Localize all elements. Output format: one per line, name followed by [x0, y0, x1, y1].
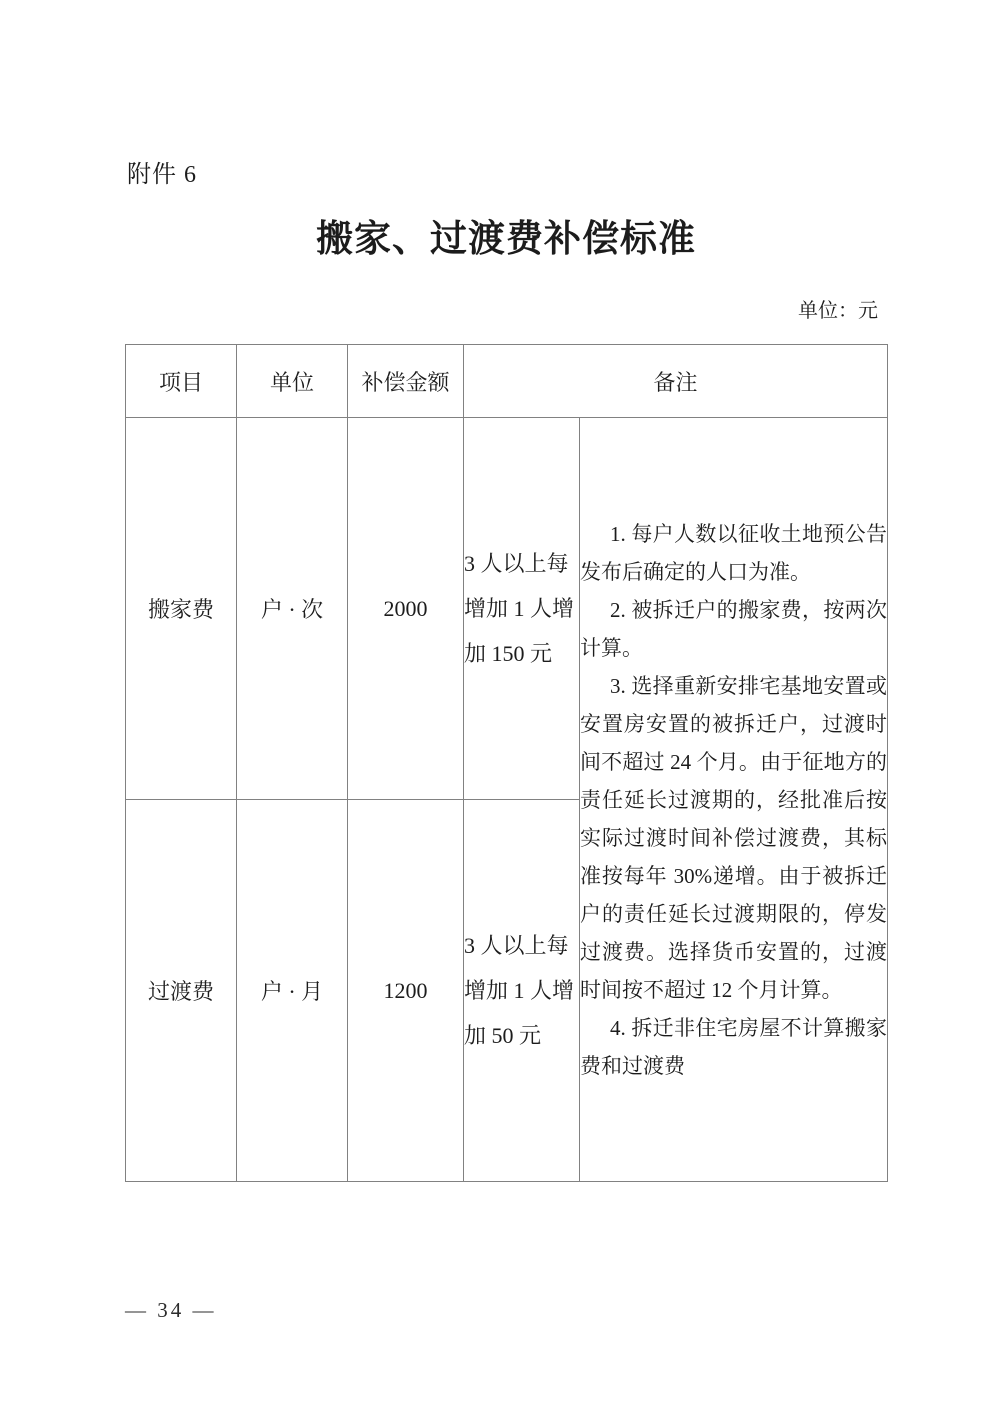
cell-unit-transition-fee: 户 · 月: [237, 800, 348, 1182]
remark-paragraph-1: 1. 每户人数以征收土地预公告发布后确定的人口为准。: [580, 515, 887, 591]
remarks-content: 1. 每户人数以征收土地预公告发布后确定的人口为准。 2. 被拆迁户的搬家费，按…: [580, 515, 887, 1085]
cell-remarks: 1. 每户人数以征收土地预公告发布后确定的人口为准。 2. 被拆迁户的搬家费，按…: [580, 418, 888, 1182]
unit-note: 单位：元: [798, 299, 878, 323]
header-unit: 单位: [237, 345, 348, 418]
cell-item-transition-fee: 过渡费: [126, 800, 237, 1182]
header-remark: 备注: [464, 345, 888, 418]
cell-amount-moving-fee: 2000: [348, 418, 464, 800]
document-page: 附件 6 搬家、过渡费补偿标准 单位：元 项目 单位 补偿金额 备注 搬家费 户…: [0, 0, 1000, 1414]
header-amount: 补偿金额: [348, 345, 464, 418]
page-number: — 34 —: [125, 1298, 217, 1323]
remark-paragraph-3: 3. 选择重新安排宅基地安置或安置房安置的被拆迁户，过渡时间不超过 24 个月。…: [580, 667, 887, 1009]
header-item: 项目: [126, 345, 237, 418]
cell-amount-transition-fee: 1200: [348, 800, 464, 1182]
attachment-label: 附件 6: [127, 161, 197, 190]
cell-subnote-transition-fee: 3 人以上每增加 1 人增加 50 元: [464, 800, 580, 1182]
table-header-row: 项目 单位 补偿金额 备注: [126, 345, 888, 418]
compensation-table: 项目 单位 补偿金额 备注 搬家费 户 · 次 2000 3 人以上每增加 1 …: [125, 344, 888, 1182]
cell-unit-moving-fee: 户 · 次: [237, 418, 348, 800]
remark-paragraph-2: 2. 被拆迁户的搬家费，按两次计算。: [580, 591, 887, 667]
cell-item-moving-fee: 搬家费: [126, 418, 237, 800]
cell-subnote-moving-fee: 3 人以上每增加 1 人增加 150 元: [464, 418, 580, 800]
remark-paragraph-4: 4. 拆迁非住宅房屋不计算搬家费和过渡费: [580, 1009, 887, 1085]
page-title: 搬家、过渡费补偿标准: [125, 218, 887, 262]
table-row-moving-fee: 搬家费 户 · 次 2000 3 人以上每增加 1 人增加 150 元 1. 每…: [126, 418, 888, 800]
